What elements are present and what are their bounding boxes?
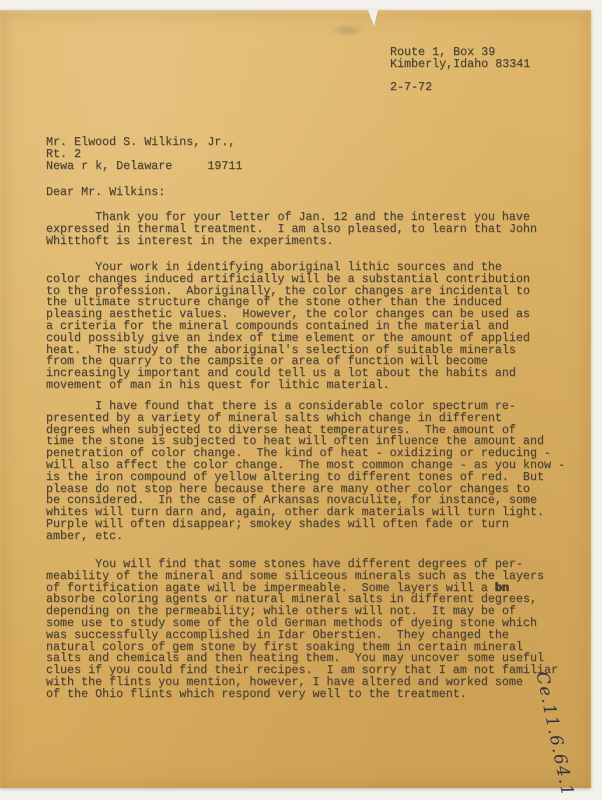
letter-date: 2-7-72 [390,82,432,94]
salutation: Dear Mr. Wilkins: [46,187,165,199]
paper-notch [368,10,378,26]
handwritten-catalog-number: Ce.11.6.64.1 [531,670,577,799]
paragraph-4: You will find that some stones have diff… [46,559,558,701]
letter-scan: Route 1, Box 39 Kimberly,Idaho 83341 2-7… [0,0,602,800]
smudge-mark [330,24,364,37]
recipient-address: Mr. Elwood S. Wilkins, Jr., Rt. 2 Newa r… [46,137,242,172]
paragraph-4-start: You will find that some stones have diff… [46,557,544,595]
paragraph-4-end: absorbe coloring agents or natural miner… [46,592,558,700]
paragraph-1: Thank you for your letter of Jan. 12 and… [46,212,537,247]
paper: Route 1, Box 39 Kimberly,Idaho 83341 2-7… [0,10,591,788]
paragraph-2: Your work in identifying aboriginal lith… [46,262,530,392]
paragraph-3: I have found that there is a considerabl… [46,401,565,543]
return-address: Route 1, Box 39 Kimberly,Idaho 83341 [390,47,530,71]
